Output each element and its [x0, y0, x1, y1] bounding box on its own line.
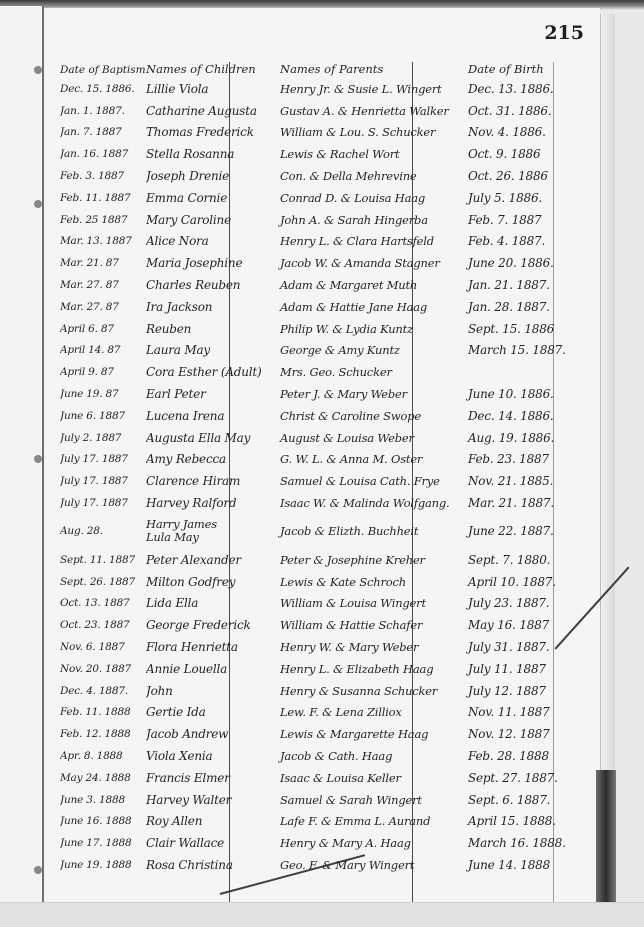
page-edge — [600, 14, 615, 902]
baptism-date: Feb. 12. 1888 — [60, 728, 146, 740]
parents-names: Samuel & Louisa Cath. Frye — [274, 474, 456, 488]
birth-date: Jan. 28. 1887. — [456, 300, 590, 314]
register-row: Feb. 12. 1888Jacob AndrewLewis & Margare… — [60, 723, 590, 745]
register-row: April 6. 87ReubenPhilip W. & Lydia Kuntz… — [60, 318, 590, 340]
birth-date: Sept. 15. 1886 — [456, 322, 590, 336]
register-row: Nov. 6. 1887Flora HenriettaHenry W. & Ma… — [60, 636, 590, 658]
arrow-mark-icon — [34, 66, 42, 74]
child-name: Ira Jackson — [146, 300, 274, 314]
register-row: Jan. 16. 1887Stella RosannaLewis & Rache… — [60, 143, 590, 165]
parents-names: William & Louisa Wingert — [274, 596, 456, 610]
birth-date: Nov. 4. 1886. — [456, 125, 590, 139]
birth-date: Dec. 14. 1886. — [456, 409, 590, 423]
birth-date: Nov. 11. 1887 — [456, 705, 590, 719]
child-name: Annie Louella — [146, 662, 274, 676]
child-name: Milton Godfrey — [146, 575, 274, 589]
child-name: Peter Alexander — [146, 553, 274, 567]
parents-names: Samuel & Sarah Wingert — [274, 793, 456, 807]
birth-date: Sept. 6. 1887. — [456, 793, 590, 807]
register-row: June 17. 1888Clair WallaceHenry & Mary A… — [60, 832, 590, 854]
baptism-date: Apr. 8. 1888 — [60, 750, 146, 762]
birth-date: Jan. 21. 1887. — [456, 278, 590, 292]
register-row: Mar. 27. 87Charles ReubenAdam & Margaret… — [60, 274, 590, 296]
parents-names: Isaac & Louisa Keller — [274, 771, 456, 785]
parents-names: Gustav A. & Henrietta Walker — [274, 104, 456, 118]
register-row: July 17. 1887Clarence HiramSamuel & Loui… — [60, 470, 590, 492]
birth-date: March 15. 1887. — [456, 343, 590, 357]
parents-names: Henry Jr. & Susie L. Wingert — [274, 82, 456, 96]
child-name: Alice Nora — [146, 234, 274, 248]
birth-date: July 11. 1887 — [456, 662, 590, 676]
register-row: Mar. 13. 1887Alice NoraHenry L. & Clara … — [60, 231, 590, 253]
parents-names: Henry W. & Mary Weber — [274, 640, 456, 654]
parents-names: William & Hattie Schafer — [274, 618, 456, 632]
register-row: July 17. 1887Amy RebeccaG. W. L. & Anna … — [60, 449, 590, 471]
scan-bottom-strip — [0, 902, 644, 927]
child-name: Harvey Ralford — [146, 496, 274, 510]
parents-names: Christ & Caroline Swope — [274, 409, 456, 423]
register-row: Sept. 26. 1887Milton GodfreyLewis & Kate… — [60, 571, 590, 593]
parents-names: Jacob & Elizth. Buchheit — [274, 524, 456, 538]
baptism-date: Feb. 11. 1887 — [60, 192, 146, 204]
child-name: Cora Esther (Adult) — [146, 365, 274, 379]
register-row: June 6. 1887Lucena IrenaChrist & Carolin… — [60, 405, 590, 427]
baptism-date: Mar. 27. 87 — [60, 279, 146, 291]
parents-names: Adam & Hattie Jane Haag — [274, 300, 456, 314]
parents-names: Peter & Josephine Kreher — [274, 553, 456, 567]
register-row: April 9. 87Cora Esther (Adult)Mrs. Geo. … — [60, 361, 590, 383]
birth-date: Feb. 28. 1888 — [456, 749, 590, 763]
child-name: Harvey Walter — [146, 793, 274, 807]
baptism-date: Oct. 13. 1887 — [60, 597, 146, 609]
parents-names: George & Amy Kuntz — [274, 343, 456, 357]
birth-date: Sept. 27. 1887. — [456, 771, 590, 785]
baptism-date: Dec. 4. 1887. — [60, 685, 146, 697]
register-row: Oct. 13. 1887Lida EllaWilliam & Louisa W… — [60, 592, 590, 614]
birth-date: Feb. 7. 1887 — [456, 213, 590, 227]
child-name: Francis Elmer — [146, 771, 274, 785]
column-headers: Date of Baptism Names of Children Names … — [60, 56, 590, 76]
child-name: Emma Cornie — [146, 191, 274, 205]
binding-hole-icon — [34, 200, 42, 208]
birth-date: Dec. 13. 1886. — [456, 82, 590, 96]
child-name: Maria Josephine — [146, 256, 274, 270]
baptism-date: Feb. 3. 1887 — [60, 170, 146, 182]
parents-names: William & Lou. S. Schucker — [274, 125, 456, 139]
child-name: Lucena Irena — [146, 409, 274, 423]
baptism-date: July 17. 1887 — [60, 453, 146, 465]
birth-date: July 12. 1887 — [456, 684, 590, 698]
header-date-of-baptism: Date of Baptism — [60, 64, 146, 76]
baptism-date: Jan. 1. 1887. — [60, 105, 146, 117]
register-row: Mar. 21. 87Maria JosephineJacob W. & Ama… — [60, 252, 590, 274]
baptism-date: June 19. 1888 — [60, 859, 146, 871]
birth-date: Oct. 9. 1886 — [456, 147, 590, 161]
register-row: Dec. 15. 1886.Lillie ViolaHenry Jr. & Su… — [60, 78, 590, 100]
child-name: Mary Caroline — [146, 213, 274, 227]
book-binding — [596, 770, 616, 902]
baptism-date: Jan. 7. 1887 — [60, 126, 146, 138]
birth-date: July 31. 1887. — [456, 640, 590, 654]
parents-names: G. W. L. & Anna M. Oster — [274, 452, 456, 466]
child-name: Stella Rosanna — [146, 147, 274, 161]
parents-names: Jacob W. & Amanda Stagner — [274, 256, 456, 270]
birth-date: Feb. 23. 1887 — [456, 452, 590, 466]
child-name: Harry JamesLula May — [146, 518, 274, 544]
baptism-date: June 17. 1888 — [60, 837, 146, 849]
child-name: Roy Allen — [146, 814, 274, 828]
register-row: Mar. 27. 87Ira JacksonAdam & Hattie Jane… — [60, 296, 590, 318]
baptism-date: Oct. 23. 1887 — [60, 619, 146, 631]
register-row: Dec. 4. 1887.JohnHenry & Susanna Schucke… — [60, 680, 590, 702]
child-name: Lida Ella — [146, 596, 274, 610]
birth-date: Nov. 12. 1887 — [456, 727, 590, 741]
baptism-date: Nov. 6. 1887 — [60, 641, 146, 653]
child-name: Amy Rebecca — [146, 452, 274, 466]
register-row: Apr. 8. 1888Viola XeniaJacob & Cath. Haa… — [60, 745, 590, 767]
baptism-date: Mar. 27. 87 — [60, 301, 146, 313]
baptism-date: Jan. 16. 1887 — [60, 148, 146, 160]
child-name: Lillie Viola — [146, 82, 274, 96]
register-row: June 16. 1888Roy AllenLafe F. & Emma L. … — [60, 810, 590, 832]
register-row: July 2. 1887Augusta Ella MayAugust & Lou… — [60, 427, 590, 449]
parents-names: Lewis & Rachel Wort — [274, 147, 456, 161]
birth-date: July 5. 1886. — [456, 191, 590, 205]
parents-names: Henry & Mary A. Haag — [274, 836, 456, 850]
parents-names: August & Louisa Weber — [274, 431, 456, 445]
birth-date: June 22. 1887. — [456, 524, 590, 538]
baptism-date: Feb. 25 1887 — [60, 214, 146, 226]
child-name: Gertie Ida — [146, 705, 274, 719]
child-name: Clarence Hiram — [146, 474, 274, 488]
baptism-date: Mar. 13. 1887 — [60, 235, 146, 247]
parents-names: Henry L. & Elizabeth Haag — [274, 662, 456, 676]
parents-names: Henry L. & Clara Hartsfeld — [274, 234, 456, 248]
register-row: Aug. 28.Harry JamesLula MayJacob & Elizt… — [60, 514, 590, 549]
parents-names: John A. & Sarah Hingerba — [274, 213, 456, 227]
baptism-date: July 17. 1887 — [60, 497, 146, 509]
binding-hole-icon — [34, 455, 42, 463]
birth-date: June 14. 1888 — [456, 858, 590, 872]
register-row: Feb. 3. 1887Joseph DrenieCon. & Della Me… — [60, 165, 590, 187]
baptism-date: June 19. 87 — [60, 388, 146, 400]
parents-names: Mrs. Geo. Schucker — [274, 365, 456, 379]
child-name: Earl Peter — [146, 387, 274, 401]
parents-names: Lewis & Margarette Haag — [274, 727, 456, 741]
birth-date: Feb. 4. 1887. — [456, 234, 590, 248]
child-name: Reuben — [146, 322, 274, 336]
parents-names: Peter J. & Mary Weber — [274, 387, 456, 401]
parents-names: Henry & Susanna Schucker — [274, 684, 456, 698]
register-row: Oct. 23. 1887George FrederickWilliam & H… — [60, 614, 590, 636]
baptism-date: June 3. 1888 — [60, 794, 146, 806]
baptism-date: Sept. 26. 1887 — [60, 576, 146, 588]
header-date-of-birth: Date of Birth — [456, 62, 590, 76]
register-row: June 3. 1888Harvey WalterSamuel & Sarah … — [60, 789, 590, 811]
child-name: George Frederick — [146, 618, 274, 632]
parents-names: Isaac W. & Malinda Wolfgang. — [274, 496, 456, 510]
child-name: Catharine Augusta — [146, 104, 274, 118]
header-names-of-children: Names of Children — [146, 62, 274, 76]
baptism-date: April 14. 87 — [60, 344, 146, 356]
birth-date: June 20. 1886. — [456, 256, 590, 270]
parents-names: Con. & Della Mehrevine — [274, 169, 456, 183]
register-row: July 17. 1887Harvey RalfordIsaac W. & Ma… — [60, 492, 590, 514]
child-name: Charles Reuben — [146, 278, 274, 292]
parents-names: Lew. F. & Lena Zilliox — [274, 705, 456, 719]
register-row: Jan. 1. 1887.Catharine AugustaGustav A. … — [60, 100, 590, 122]
birth-date: July 23. 1887. — [456, 596, 590, 610]
child-name: Augusta Ella May — [146, 431, 274, 445]
baptism-date: June 6. 1887 — [60, 410, 146, 422]
parents-names: Lafe F. & Emma L. Aurand — [274, 814, 456, 828]
baptism-date: April 6. 87 — [60, 323, 146, 335]
child-name: Flora Henrietta — [146, 640, 274, 654]
baptism-date: Feb. 11. 1888 — [60, 706, 146, 718]
baptism-date: Dec. 15. 1886. — [60, 83, 146, 95]
parents-names: Geo. F. & Mary Wingert — [274, 858, 456, 872]
baptism-date: July 2. 1887 — [60, 432, 146, 444]
register-row: Feb. 25 1887Mary CarolineJohn A. & Sarah… — [60, 209, 590, 231]
child-name: Viola Xenia — [146, 749, 274, 763]
baptism-date: Nov. 20. 1887 — [60, 663, 146, 675]
child-name: John — [146, 684, 274, 698]
child-name: Clair Wallace — [146, 836, 274, 850]
parents-names: Adam & Margaret Muth — [274, 278, 456, 292]
child-name: Laura May — [146, 343, 274, 357]
parents-names: Jacob & Cath. Haag — [274, 749, 456, 763]
register-row: Sept. 11. 1887Peter AlexanderPeter & Jos… — [60, 549, 590, 571]
birth-date: April 10. 1887. — [456, 575, 590, 589]
birth-date: June 10. 1886. — [456, 387, 590, 401]
register-row: Nov. 20. 1887Annie LouellaHenry L. & Eli… — [60, 658, 590, 680]
birth-date: March 16. 1888. — [456, 836, 590, 850]
child-name: Jacob Andrew — [146, 727, 274, 741]
birth-date: Oct. 31. 1886. — [456, 104, 590, 118]
parents-names: Philip W. & Lydia Kuntz — [274, 322, 456, 336]
birth-date: Aug. 19. 1886. — [456, 431, 590, 445]
page-number: 215 — [544, 22, 584, 44]
header-names-of-parents: Names of Parents — [274, 62, 456, 76]
register-row: Jan. 7. 1887Thomas FrederickWilliam & Lo… — [60, 122, 590, 144]
birth-date: Nov. 21. 1885. — [456, 474, 590, 488]
facing-page-edge — [0, 6, 44, 902]
parents-names: Conrad D. & Louisa Haag — [274, 191, 456, 205]
baptism-date: April 9. 87 — [60, 366, 146, 378]
baptism-date: Aug. 28. — [60, 525, 146, 537]
binding-hole-icon — [34, 866, 42, 874]
baptism-date: June 16. 1888 — [60, 815, 146, 827]
child-name: Joseph Drenie — [146, 169, 274, 183]
register-row: May 24. 1888Francis ElmerIsaac & Louisa … — [60, 767, 590, 789]
baptism-date: Mar. 21. 87 — [60, 257, 146, 269]
register-row: Feb. 11. 1888Gertie IdaLew. F. & Lena Zi… — [60, 701, 590, 723]
child-name: Thomas Frederick — [146, 125, 274, 139]
register-row: Feb. 11. 1887Emma CornieConrad D. & Loui… — [60, 187, 590, 209]
baptism-date: Sept. 11. 1887 — [60, 554, 146, 566]
birth-date: Oct. 26. 1886 — [456, 169, 590, 183]
child-name: Rosa Christina — [146, 858, 274, 872]
birth-date: Sept. 7. 1880. — [456, 553, 590, 567]
parents-names: Lewis & Kate Schroch — [274, 575, 456, 589]
baptism-date: May 24. 1888 — [60, 772, 146, 784]
register-row: April 14. 87Laura MayGeorge & Amy KuntzM… — [60, 340, 590, 362]
birth-date: April 15. 1888. — [456, 814, 590, 828]
baptism-date: July 17. 1887 — [60, 475, 146, 487]
birth-date: Mar. 21. 1887. — [456, 496, 590, 510]
register-row: June 19. 87Earl PeterPeter J. & Mary Web… — [60, 383, 590, 405]
